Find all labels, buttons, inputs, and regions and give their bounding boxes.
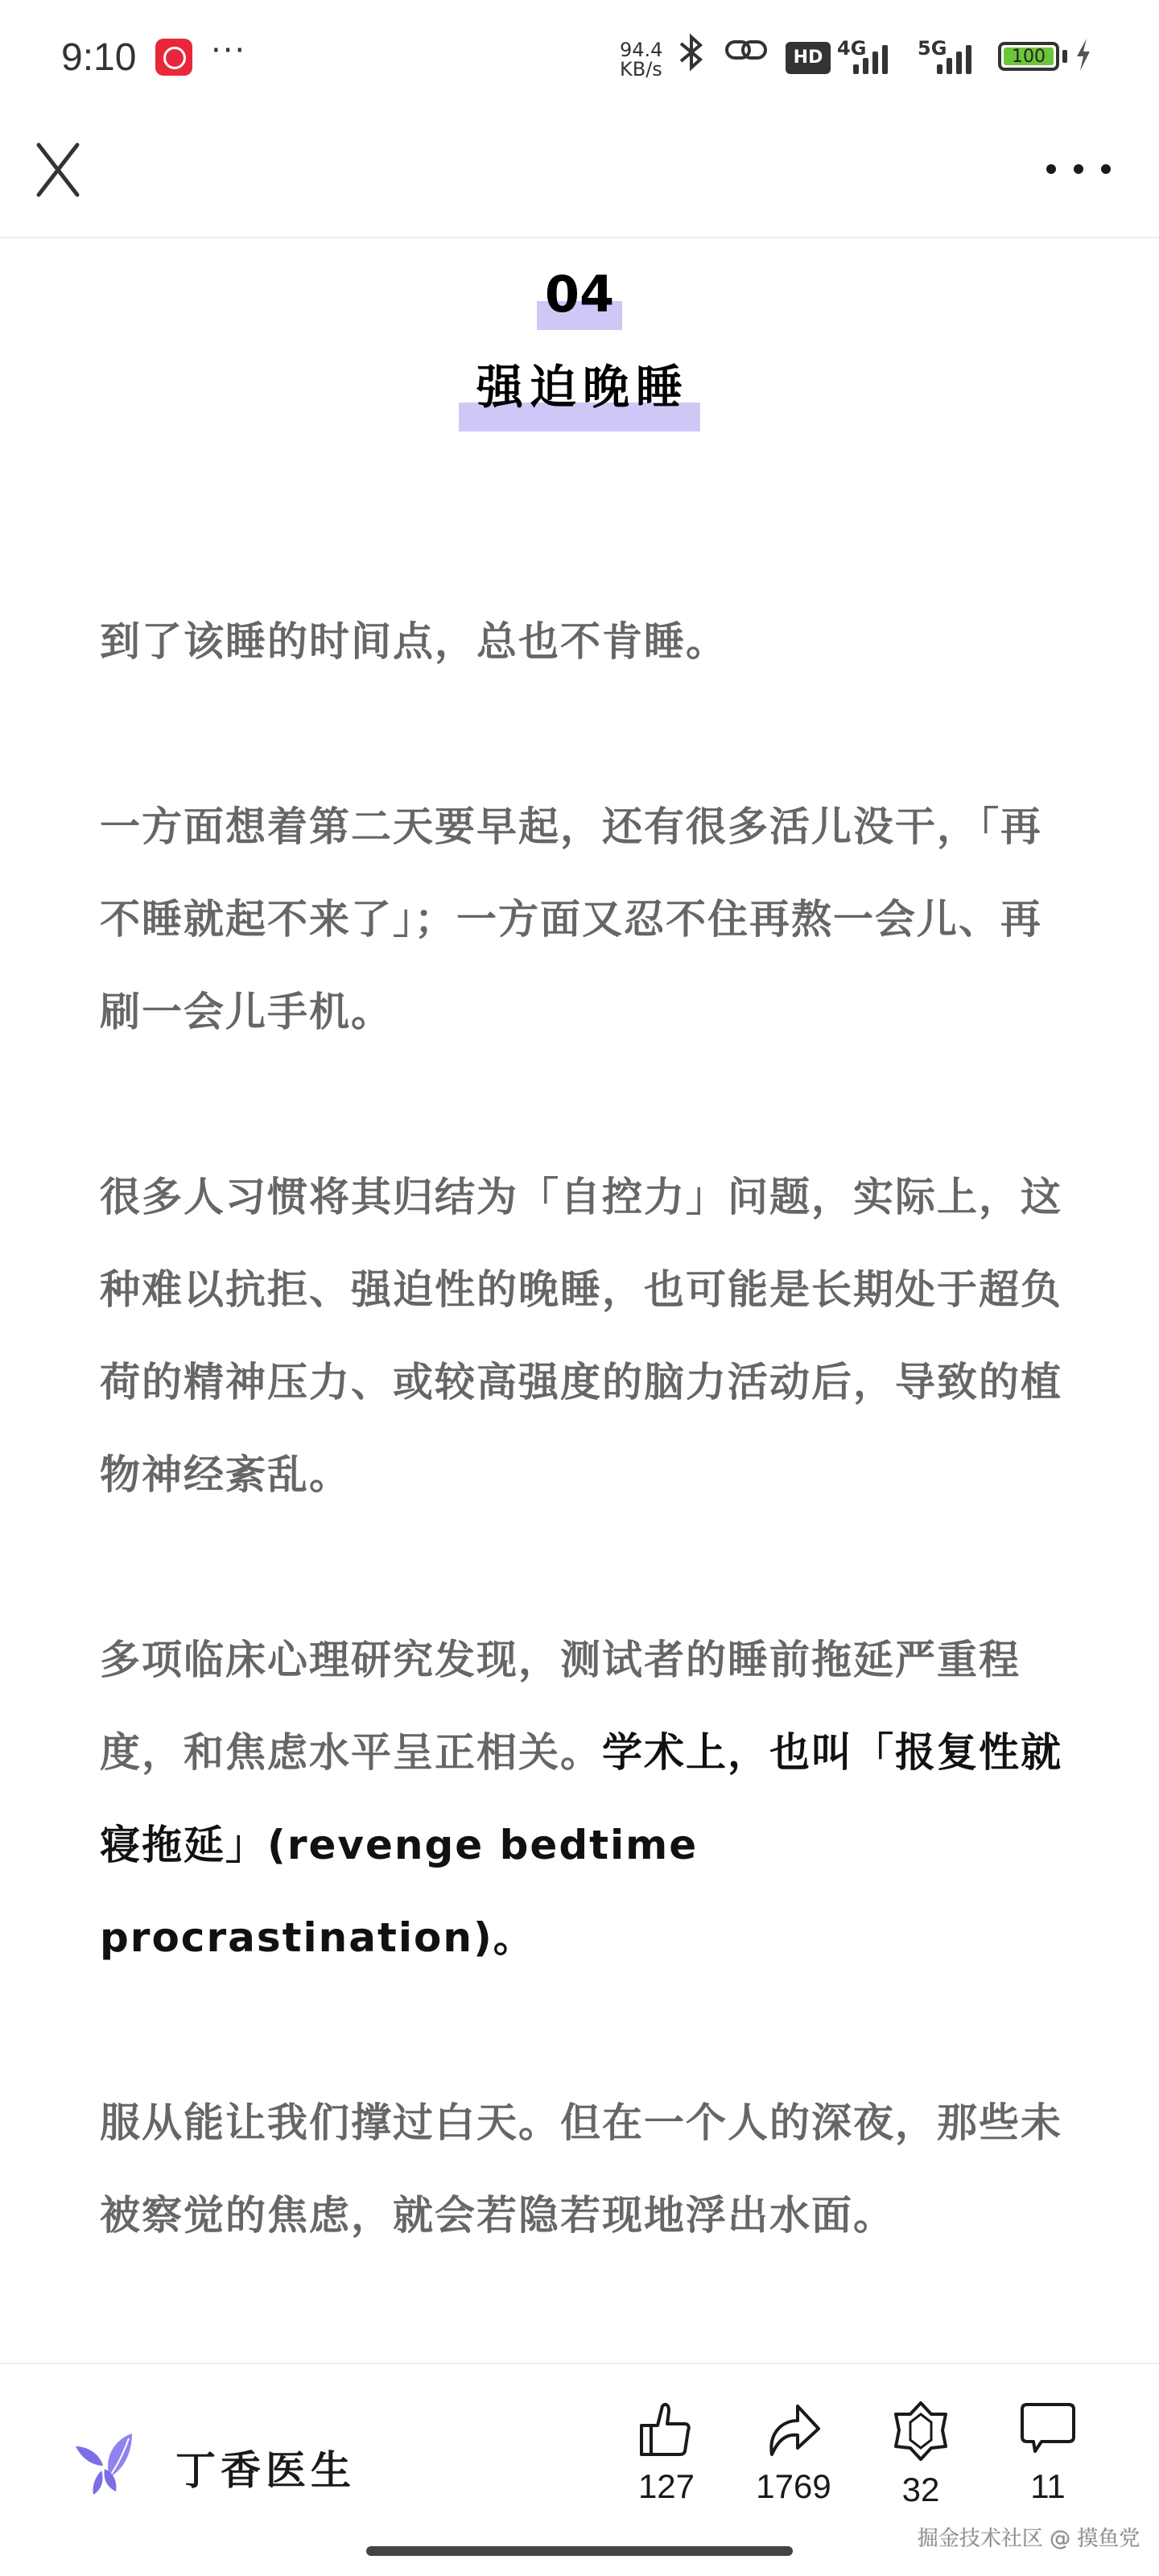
close-button[interactable] xyxy=(35,142,80,198)
more-button[interactable] xyxy=(1046,153,1111,185)
like-button[interactable]: 127 xyxy=(618,2401,715,2506)
paragraph: 一方面想着第二天要早起，还有很多活儿没干，「再不睡就起不来了」；一方面又忍不住再… xyxy=(100,781,1066,1059)
section-number: 04 xyxy=(542,262,617,327)
comment-count: 11 xyxy=(1000,2467,1096,2506)
comment-icon xyxy=(1019,2401,1077,2458)
recommend-count: 32 xyxy=(872,2471,969,2509)
signal-5g-icon xyxy=(937,42,971,74)
paragraph-text: 很多人习惯将其归结为「自控力」问题，实际上，这种难以抗拒、强迫性的晚睡，也可能是… xyxy=(100,1174,1062,1498)
close-icon xyxy=(35,142,80,198)
share-count: 1769 xyxy=(745,2467,842,2506)
paragraph: 服从能让我们撑过白天。但在一个人的深夜，那些未被察觉的焦虑，就会若隐若现地浮出水… xyxy=(100,2077,1066,2262)
nav-bar xyxy=(0,113,1159,238)
net-speed-unit: KB/s xyxy=(620,60,662,79)
more-icon-dot xyxy=(1074,164,1083,174)
hd-voice-icon: HD xyxy=(786,42,831,74)
status-bar: 9:10 ··· 94.4 KB/s HD 4G 5G 100 xyxy=(0,0,1159,113)
link-icon xyxy=(724,37,768,63)
section-number-wrap: 04 xyxy=(0,262,1159,327)
paragraph: 多项临床心理研究发现，测试者的睡前拖延严重程度，和焦虑水平呈正相关。学术上，也叫… xyxy=(100,1614,1066,1984)
watermark: 掘金技术社区 @ 摸鱼党 xyxy=(918,2522,1140,2552)
author-logo-icon[interactable] xyxy=(71,2430,135,2495)
more-icon-dot xyxy=(1101,164,1111,174)
signal-4g-icon xyxy=(853,42,888,74)
paragraph-text: 服从能让我们撑过白天。但在一个人的深夜，那些未被察觉的焦虑，就会若隐若现地浮出水… xyxy=(100,2099,1062,2239)
home-indicator[interactable] xyxy=(366,2546,793,2556)
charging-icon xyxy=(1074,37,1093,80)
paragraph: 很多人习惯将其归结为「自控力」问题，实际上，这种难以抗拒、强迫性的晚睡，也可能是… xyxy=(100,1151,1066,1521)
recommend-button[interactable]: 32 xyxy=(872,2401,969,2509)
comment-button[interactable]: 11 xyxy=(1000,2401,1096,2506)
net-speed: 94.4 KB/s xyxy=(620,40,662,79)
bluetooth-icon xyxy=(678,32,705,82)
app-notification-icon xyxy=(155,39,192,76)
article-body: 到了该睡的时间点，总也不肯睡。 一方面想着第二天要早起，还有很多活儿没干，「再不… xyxy=(100,596,1066,2355)
thumbs-up-icon xyxy=(638,2401,695,2458)
net-speed-value: 94.4 xyxy=(620,40,662,60)
author-name[interactable]: 丁香医生 xyxy=(175,2438,356,2496)
battery-level: 100 xyxy=(1004,47,1054,65)
paragraph-text: 一方面想着第二天要早起，还有很多活儿没干，「再不睡就起不来了」；一方面又忍不住再… xyxy=(100,803,1042,1035)
share-icon xyxy=(765,2401,822,2458)
paragraph-text: 到了该睡的时间点，总也不肯睡。 xyxy=(100,618,728,665)
like-count: 127 xyxy=(618,2467,715,2506)
section-title-wrap: 强迫晚睡 xyxy=(0,351,1159,423)
paragraph: 到了该睡的时间点，总也不肯睡。 xyxy=(100,596,1066,688)
section-title: 强迫晚睡 xyxy=(459,351,700,423)
share-button[interactable]: 1769 xyxy=(745,2401,842,2506)
bottom-action-bar: 丁香医生 127 1769 32 11 掘金技术社区 @ 摸鱼党 xyxy=(0,2363,1159,2576)
status-time: 9:10 xyxy=(61,35,136,80)
star-badge-icon xyxy=(893,2401,949,2461)
more-notifications-icon: ··· xyxy=(211,32,246,69)
more-icon-dot xyxy=(1046,164,1056,174)
battery-icon: 100 xyxy=(998,42,1059,71)
battery-tip xyxy=(1062,50,1067,63)
